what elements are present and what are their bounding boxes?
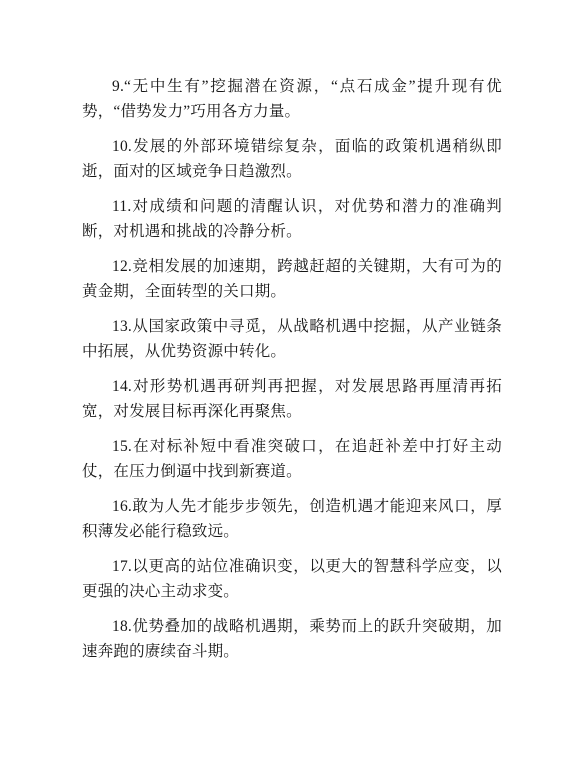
list-item-14: 14.对形势机遇再研判再把握，对发展思路再厘清再拓宽，对发展目标再深化再聚焦。: [82, 374, 502, 424]
list-item-18: 18.优势叠加的战略机遇期，乘势而上的跃升突破期，加速奔跑的赓续奋斗期。: [82, 614, 502, 664]
list-item-15: 15.在对标补短中看准突破口，在追赶补差中打好主动仗，在压力倒逼中找到新赛道。: [82, 434, 502, 484]
list-item-16: 16.敢为人先才能步步领先，创造机遇才能迎来风口，厚积薄发必能行稳致远。: [82, 494, 502, 544]
list-item-10: 10.发展的外部环境错综复杂，面临的政策机遇稍纵即逝，面对的区域竞争日趋激烈。: [82, 134, 502, 184]
list-item-12: 12.竞相发展的加速期，跨越赶超的关键期，大有可为的黄金期，全面转型的关口期。: [82, 254, 502, 304]
list-item-13: 13.从国家政策中寻觅，从战略机遇中挖掘，从产业链条中拓展，从优势资源中转化。: [82, 314, 502, 364]
document-page: 9.“无中生有”挖掘潜在资源，“点石成金”提升现有优势，“借势发力”巧用各方力量…: [82, 74, 502, 674]
list-item-11: 11.对成绩和问题的清醒认识，对优势和潜力的准确判断，对机遇和挑战的冷静分析。: [82, 194, 502, 244]
list-item-17: 17.以更高的站位准确识变，以更大的智慧科学应变，以更强的决心主动求变。: [82, 554, 502, 604]
list-item-9: 9.“无中生有”挖掘潜在资源，“点石成金”提升现有优势，“借势发力”巧用各方力量…: [82, 74, 502, 124]
